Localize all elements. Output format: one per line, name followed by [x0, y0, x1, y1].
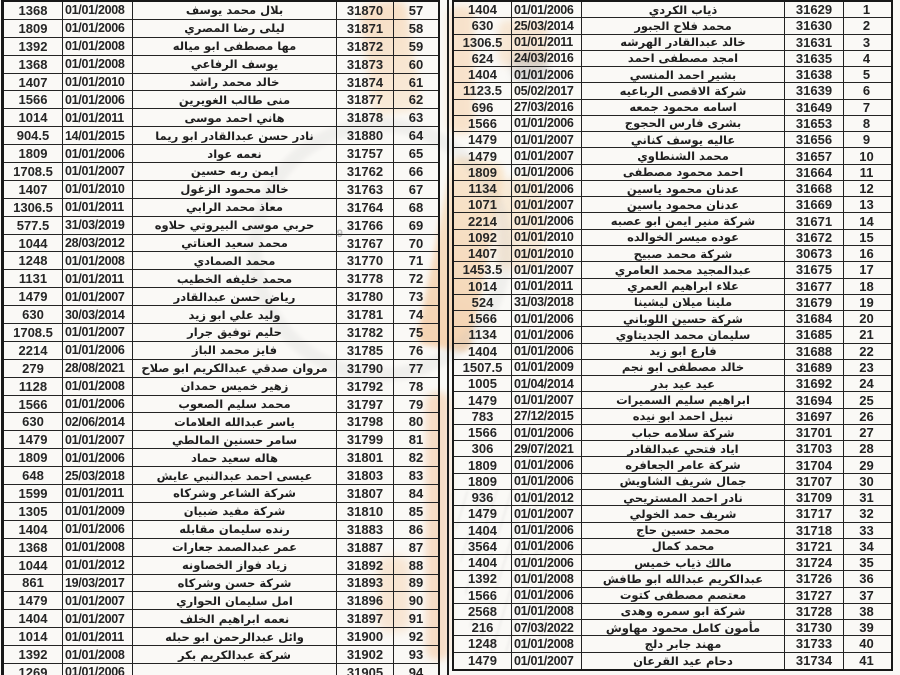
table-row: 1479 01/01/2007 رياض حسن عبدالقادر 31780…: [4, 288, 438, 306]
name-cell: بلال محمد يوسف: [133, 2, 337, 19]
row-index-cell: 18: [844, 279, 889, 294]
row-index-cell: 80: [394, 413, 438, 430]
ref-number-cell: 31635: [785, 51, 844, 66]
ref-number-cell: 31675: [785, 262, 844, 277]
row-index-cell: 71: [394, 252, 438, 269]
name-cell: عمر عبدالصمد جعارات: [133, 539, 337, 556]
row-index-cell: 83: [394, 467, 438, 484]
ref-number-cell: 31639: [785, 83, 844, 98]
table-row: 1368 01/01/2008 بلال محمد يوسف 31870 57: [4, 2, 438, 20]
date-cell: 01/01/2012: [63, 557, 133, 574]
table-row: 1479 01/01/2007 شريف حمد الخولي 31717 32: [454, 506, 891, 522]
name-cell: امل سليمان الحواري: [133, 592, 337, 609]
name-cell: منى طالب الغويرين: [133, 91, 337, 108]
row-index-cell: 6: [844, 83, 889, 98]
ref-number-cell: 31664: [785, 165, 844, 180]
amount-cell: 1392: [4, 38, 63, 55]
amount-cell: 1404: [454, 2, 512, 17]
name-cell: وائل عبدالرحمن ابو حبله: [133, 628, 337, 645]
name-cell: محمد كمال: [582, 539, 785, 554]
ref-number-cell: 31709: [785, 490, 844, 505]
amount-cell: 783: [454, 409, 512, 424]
row-index-cell: 68: [394, 199, 438, 216]
name-cell: خالد عبدالقادر الهرشه: [582, 35, 785, 50]
amount-cell: 1809: [454, 457, 512, 472]
row-index-cell: 79: [394, 396, 438, 413]
table-row: 279 28/08/2021 مروان صدقي عبدالكريم ابو …: [4, 360, 438, 378]
name-cell: عاليه يوسف كناني: [582, 132, 785, 147]
name-cell: يوسف الرفاعي: [133, 56, 337, 73]
ref-number-cell: 31872: [337, 38, 394, 55]
row-index-cell: 86: [394, 521, 438, 538]
row-index-cell: 33: [844, 523, 889, 538]
date-cell: 01/01/2006: [512, 213, 582, 228]
row-index-cell: 89: [394, 575, 438, 592]
ref-number-cell: 30673: [785, 246, 844, 261]
amount-cell: 1392: [4, 646, 63, 663]
row-index-cell: 41: [844, 653, 889, 669]
name-cell: مأمون كامل محمود مهاوش: [582, 620, 785, 635]
name-cell: بشرى فارس الحجوج: [582, 116, 785, 131]
amount-cell: 577.5: [4, 217, 63, 234]
date-cell: 01/01/2008: [63, 252, 133, 269]
date-cell: 01/01/2006: [512, 555, 582, 570]
ref-number-cell: 31726: [785, 571, 844, 586]
amount-cell: 1014: [454, 279, 512, 294]
name-cell: عيسى احمد عبدالنبي عايش: [133, 467, 337, 484]
amount-cell: 1479: [454, 392, 512, 407]
row-index-cell: 11: [844, 165, 889, 180]
date-cell: 14/01/2015: [63, 127, 133, 144]
row-index-cell: 87: [394, 539, 438, 556]
date-cell: 01/01/2006: [63, 521, 133, 538]
date-cell: 01/01/2007: [512, 506, 582, 521]
table-row: 1809 01/01/2006 ليلى رضا المصري 31871 58: [4, 20, 438, 38]
row-index-cell: 63: [394, 109, 438, 126]
date-cell: 01/01/2006: [512, 67, 582, 82]
date-cell: 01/01/2011: [63, 270, 133, 287]
ref-number-cell: 31897: [337, 610, 394, 627]
ref-number-cell: 31701: [785, 425, 844, 440]
amount-cell: 1071: [454, 197, 512, 212]
date-cell: 01/01/2006: [63, 449, 133, 466]
table-row: 1248 01/01/2008 محمد الصمادي 31770 71: [4, 252, 438, 270]
row-index-cell: 62: [394, 91, 438, 108]
amount-cell: 1407: [454, 246, 512, 261]
table-row: 2214 01/01/2006 فايز محمد الباز 31785 76: [4, 342, 438, 360]
amount-cell: 1269: [4, 664, 63, 675]
table-row: 1809 01/01/2006 جمال شريف الشاويش 31707 …: [454, 474, 891, 490]
name-cell: شركة الشاعر وشركاه: [133, 485, 337, 502]
scanned-ledger-page: - 9 1368 01/01/2008 بلال محمد يوسف 31870…: [0, 0, 900, 675]
date-cell: 07/03/2022: [512, 620, 582, 635]
amount-cell: 1368: [4, 539, 63, 556]
table-row: 696 27/03/2016 اسامه محمود جمعه 31649 7: [454, 100, 891, 116]
amount-cell: 1809: [454, 165, 512, 180]
ref-number-cell: 31792: [337, 378, 394, 395]
table-row: 1248 01/01/2008 مهند جابر دلج 31733 40: [454, 636, 891, 652]
name-cell: احمد محمود مصطفى: [582, 165, 785, 180]
name-cell: عدنان محمود ياسين: [582, 197, 785, 212]
row-index-cell: 19: [844, 295, 889, 310]
row-index-cell: 5: [844, 67, 889, 82]
table-row: 1005 01/04/2014 عيد عيد بدر 31692 24: [454, 376, 891, 392]
row-index-cell: 22: [844, 344, 889, 359]
table-row: 1708.5 01/01/2007 ايمن ربه حسين 31762 66: [4, 163, 438, 181]
date-cell: 01/01/2006: [63, 664, 133, 675]
ref-number-cell: 31703: [785, 441, 844, 456]
row-index-cell: 15: [844, 230, 889, 245]
row-index-cell: 84: [394, 485, 438, 502]
table-row: 3564 01/01/2006 محمد كمال 31721 34: [454, 539, 891, 555]
name-cell: مالك ذياب خميس: [582, 555, 785, 570]
ref-number-cell: 31799: [337, 431, 394, 448]
table-row: 1809 01/01/2006 شركة عامر الجعافره 31704…: [454, 457, 891, 473]
amount-cell: 1708.5: [4, 324, 63, 341]
date-cell: 01/01/2008: [63, 56, 133, 73]
table-row: 1368 01/01/2008 عمر عبدالصمد جعارات 3188…: [4, 539, 438, 557]
ref-number-cell: 31798: [337, 413, 394, 430]
ref-number-cell: 31684: [785, 311, 844, 326]
ref-number-cell: 31707: [785, 474, 844, 489]
amount-cell: 1479: [454, 148, 512, 163]
name-cell: ياسر عبدالله العلامات: [133, 413, 337, 430]
date-cell: 05/02/2017: [512, 83, 582, 98]
date-cell: 01/01/2010: [512, 230, 582, 245]
table-row: 1044 28/03/2012 محمد سعيد العناتي 31767 …: [4, 235, 438, 253]
table-row: 306 29/07/2021 اياد فتحي عبدالقادر 31703…: [454, 441, 891, 457]
table-row: 1123.5 05/02/2017 شركة الاقصى الرباعيه 3…: [454, 83, 891, 99]
table-row: 2568 01/01/2008 شركة ابو سمره وهدى 31728…: [454, 604, 891, 620]
name-cell: علاء ابراهيم العمري: [582, 279, 785, 294]
amount-cell: 1248: [454, 636, 512, 651]
row-index-cell: 17: [844, 262, 889, 277]
ref-number-cell: 31778: [337, 270, 394, 287]
ref-number-cell: 31762: [337, 163, 394, 180]
amount-cell: 1306.5: [454, 35, 512, 50]
ref-number-cell: 31887: [337, 539, 394, 556]
table-row: 1708.5 01/01/2007 حليم توفيق جرار 31782 …: [4, 324, 438, 342]
table-row: 1014 01/01/2011 علاء ابراهيم العمري 3167…: [454, 279, 891, 295]
table-row: 1479 01/01/2007 عاليه يوسف كناني 31656 9: [454, 132, 891, 148]
ref-number-cell: 31900: [337, 628, 394, 645]
amount-cell: 1566: [454, 588, 512, 603]
row-index-cell: 9: [844, 132, 889, 147]
row-index-cell: 61: [394, 74, 438, 91]
amount-cell: 1599: [4, 485, 63, 502]
ref-number-cell: 31649: [785, 100, 844, 115]
name-cell: شركة عبدالكريم بكر: [133, 646, 337, 663]
name-cell: محمد خليفه الخطيب: [133, 270, 337, 287]
row-index-cell: 27: [844, 425, 889, 440]
table-row: 936 01/01/2012 نادر احمد المستريحي 31709…: [454, 490, 891, 506]
date-cell: 01/01/2006: [63, 396, 133, 413]
table-row: 1479 01/01/2007 ابراهيم سليم السميرات 31…: [454, 392, 891, 408]
ref-number-cell: 31785: [337, 342, 394, 359]
ref-number-cell: 31694: [785, 392, 844, 407]
amount-cell: 3564: [454, 539, 512, 554]
amount-cell: 524: [454, 295, 512, 310]
amount-cell: 1708.5: [4, 163, 63, 180]
ref-number-cell: 31704: [785, 457, 844, 472]
amount-cell: 2214: [4, 342, 63, 359]
row-index-cell: 2: [844, 18, 889, 33]
date-cell: 01/01/2007: [512, 148, 582, 163]
row-index-cell: 23: [844, 360, 889, 375]
ref-number-cell: 31630: [785, 18, 844, 33]
row-index-cell: 65: [394, 145, 438, 162]
name-cell: زياد فواز الخصاونه: [133, 557, 337, 574]
ref-number-cell: 31734: [785, 653, 844, 669]
date-cell: 01/01/2012: [512, 490, 582, 505]
ref-number-cell: 31781: [337, 306, 394, 323]
date-cell: 01/01/2007: [512, 132, 582, 147]
table-row: 1306.5 01/01/2011 معاذ محمد الرابي 31764…: [4, 199, 438, 217]
date-cell: 01/01/2011: [63, 485, 133, 502]
name-cell: محمد الشنطاوي: [582, 148, 785, 163]
name-cell: محمد سليم الصعوب: [133, 396, 337, 413]
name-cell: حربي موسى البيروتي حلاوه: [133, 217, 337, 234]
row-index-cell: 85: [394, 503, 438, 520]
row-index-cell: 78: [394, 378, 438, 395]
amount-cell: 1131: [4, 270, 63, 287]
amount-cell: 1479: [4, 592, 63, 609]
row-index-cell: 88: [394, 557, 438, 574]
name-cell: محمد الصمادي: [133, 252, 337, 269]
date-cell: 01/01/2011: [63, 109, 133, 126]
table-row: 904.5 14/01/2015 نادر حسن عبدالقادر ابو …: [4, 127, 438, 145]
amount-cell: 279: [4, 360, 63, 377]
table-row: 1305 01/01/2009 شركة مفيد ضبيان 31810 85: [4, 503, 438, 521]
ref-number-cell: 31688: [785, 344, 844, 359]
row-index-cell: 67: [394, 181, 438, 198]
row-index-cell: 28: [844, 441, 889, 456]
ref-number-cell: 31797: [337, 396, 394, 413]
name-cell: شركة حسين اللوباني: [582, 311, 785, 326]
ref-number-cell: 31763: [337, 181, 394, 198]
table-row: 216 07/03/2022 مأمون كامل محمود مهاوش 31…: [454, 620, 891, 636]
name-cell: شركة الاقصى الرباعيه: [582, 83, 785, 98]
table-row: 1566 01/01/2006 بشرى فارس الحجوج 31653 8: [454, 116, 891, 132]
date-cell: 01/01/2006: [512, 425, 582, 440]
amount-cell: 1005: [454, 376, 512, 391]
name-cell: نعمه عواد: [133, 145, 337, 162]
amount-cell: 1305: [4, 503, 63, 520]
row-index-cell: 74: [394, 306, 438, 323]
table-row: 1407 01/01/2010 خالد محمود الزغول 31763 …: [4, 181, 438, 199]
date-cell: 01/01/2008: [63, 539, 133, 556]
row-index-cell: 12: [844, 181, 889, 196]
ref-number-cell: 31782: [337, 324, 394, 341]
table-row: 1128 01/01/2008 زهير خميس حمدان 31792 78: [4, 378, 438, 396]
date-cell: 01/01/2007: [63, 431, 133, 448]
row-index-cell: 29: [844, 457, 889, 472]
date-cell: 01/01/2011: [512, 35, 582, 50]
table-row: 1392 01/01/2008 عبدالكريم عبدالله ابو طا…: [454, 571, 891, 587]
row-index-cell: 35: [844, 555, 889, 570]
row-index-cell: 58: [394, 20, 438, 37]
table-row: 1014 01/01/2011 وائل عبدالرحمن ابو حبله …: [4, 628, 438, 646]
table-row: 1134 01/01/2006 عدنان محمود ياسين 31668 …: [454, 181, 891, 197]
name-cell: عبدالمجيد محمد العامري: [582, 262, 785, 277]
date-cell: 30/03/2014: [63, 306, 133, 323]
ref-number-cell: 31767: [337, 235, 394, 252]
row-index-cell: 34: [844, 539, 889, 554]
ref-number-cell: 31727: [785, 588, 844, 603]
name-cell: شركة منير ايمن ابو عصبه: [582, 213, 785, 228]
row-index-cell: 94: [394, 664, 438, 675]
table-row: 1404 01/01/2006 فارع ابو زيد 31688 22: [454, 344, 891, 360]
date-cell: 01/01/2006: [512, 523, 582, 538]
date-cell: 25/03/2018: [63, 467, 133, 484]
ref-number-cell: 31871: [337, 20, 394, 37]
ref-number-cell: 31669: [785, 197, 844, 212]
table-row: 861 19/03/2017 شركة حسن وشركاه 31893 89: [4, 575, 438, 593]
table-row: 1809 01/01/2006 احمد محمود مصطفى 31664 1…: [454, 165, 891, 181]
name-cell: هاني احمد موسى: [133, 109, 337, 126]
ref-number-cell: 31893: [337, 575, 394, 592]
name-cell: مهند جابر دلج: [582, 636, 785, 651]
ref-number-cell: 31896: [337, 592, 394, 609]
table-row: 1404 01/01/2006 ذياب الكردي 31629 1: [454, 2, 891, 18]
amount-cell: 306: [454, 441, 512, 456]
table-row: 1507.5 01/01/2009 خالد مصطفى ابو نجم 316…: [454, 360, 891, 376]
name-cell: ايمن ربه حسين: [133, 163, 337, 180]
table-row: 1407 01/01/2010 شركة محمد صبيح 30673 16: [454, 246, 891, 262]
date-cell: 01/01/2009: [512, 360, 582, 375]
amount-cell: 1566: [4, 91, 63, 108]
ref-number-cell: 31870: [337, 2, 394, 19]
date-cell: 01/01/2009: [63, 503, 133, 520]
ref-number-cell: 31657: [785, 148, 844, 163]
ref-number-cell: 31892: [337, 557, 394, 574]
date-cell: 27/12/2015: [512, 409, 582, 424]
row-index-cell: 8: [844, 116, 889, 131]
date-cell: 01/04/2014: [512, 376, 582, 391]
amount-cell: 1566: [454, 116, 512, 131]
name-cell: سامر حسنين المالطي: [133, 431, 337, 448]
date-cell: 01/01/2007: [512, 653, 582, 669]
amount-cell: 1453.5: [454, 262, 512, 277]
amount-cell: 1014: [4, 109, 63, 126]
name-cell: عبدالكريم عبدالله ابو طافش: [582, 571, 785, 586]
table-row: 624 24/03/2016 امجد مصطفى احمد 31635 4: [454, 51, 891, 67]
amount-cell: 2214: [454, 213, 512, 228]
date-cell: 01/01/2006: [512, 588, 582, 603]
table-row: 1479 01/01/2007 سامر حسنين المالطي 31799…: [4, 431, 438, 449]
name-cell: شركة مفيد ضبيان: [133, 503, 337, 520]
name-cell: ذياب الكردي: [582, 2, 785, 17]
table-divider-line: [447, 0, 449, 675]
row-index-cell: 66: [394, 163, 438, 180]
date-cell: 28/03/2012: [63, 235, 133, 252]
row-index-cell: 3: [844, 35, 889, 50]
table-row: 1407 01/01/2010 خالد محمد راشد 31874 61: [4, 74, 438, 92]
ref-number-cell: 31764: [337, 199, 394, 216]
row-index-cell: 91: [394, 610, 438, 627]
table-row: 2214 01/01/2006 شركة منير ايمن ابو عصبه …: [454, 213, 891, 229]
table-row: 1269 01/01/2006 31905 94: [4, 664, 438, 675]
date-cell: 01/01/2006: [512, 181, 582, 196]
name-cell: امجد مصطفى احمد: [582, 51, 785, 66]
table-row: 1479 01/01/2007 امل سليمان الحواري 31896…: [4, 592, 438, 610]
table-row: 1566 01/01/2006 محمد سليم الصعوب 31797 7…: [4, 396, 438, 414]
date-cell: 29/07/2021: [512, 441, 582, 456]
name-cell: محمد فلاح الجبور: [582, 18, 785, 33]
name-cell: بشير احمد المنسي: [582, 67, 785, 82]
row-index-cell: 38: [844, 604, 889, 619]
ref-number-cell: 31880: [337, 127, 394, 144]
name-cell: شركة ابو سمره وهدى: [582, 604, 785, 619]
date-cell: 01/01/2008: [512, 571, 582, 586]
amount-cell: 1809: [4, 20, 63, 37]
amount-cell: 1014: [4, 628, 63, 645]
amount-cell: 1479: [454, 132, 512, 147]
table-row: 1479 01/01/2007 محمد الشنطاوي 31657 10: [454, 148, 891, 164]
date-cell: 01/01/2006: [512, 457, 582, 472]
ref-number-cell: 31629: [785, 2, 844, 17]
row-index-cell: 37: [844, 588, 889, 603]
right-ledger-table: 1404 01/01/2006 ذياب الكردي 31629 1 630 …: [452, 0, 893, 671]
date-cell: 31/03/2018: [512, 295, 582, 310]
date-cell: 01/01/2008: [63, 378, 133, 395]
table-row: 1809 01/01/2006 هاله سعيد حماد 31801 82: [4, 449, 438, 467]
date-cell: 19/03/2017: [63, 575, 133, 592]
name-cell: هاله سعيد حماد: [133, 449, 337, 466]
date-cell: 02/06/2014: [63, 413, 133, 430]
amount-cell: 1368: [4, 56, 63, 73]
date-cell: 01/01/2006: [63, 20, 133, 37]
table-row: 1404 01/01/2007 نعمه ابراهيم الخلف 31897…: [4, 610, 438, 628]
name-cell: اسامه محمود جمعه: [582, 100, 785, 115]
table-row: 1566 01/01/2006 منى طالب الغويرين 31877 …: [4, 91, 438, 109]
table-row: 1453.5 01/01/2007 عبدالمجيد محمد العامري…: [454, 262, 891, 278]
ref-number-cell: 31780: [337, 288, 394, 305]
date-cell: 01/01/2007: [512, 392, 582, 407]
table-row: 1306.5 01/01/2011 خالد عبدالقادر الهرشه …: [454, 35, 891, 51]
name-cell: رياض حسن عبدالقادر: [133, 288, 337, 305]
name-cell: ابراهيم سليم السميرات: [582, 392, 785, 407]
name-cell: نادر احمد المستريحي: [582, 490, 785, 505]
ref-number-cell: 31873: [337, 56, 394, 73]
name-cell: عدنان محمود ياسين: [582, 181, 785, 196]
table-row: 1392 01/01/2008 مها مصطفى ابو مياله 3187…: [4, 38, 438, 56]
ref-number-cell: 31656: [785, 132, 844, 147]
amount-cell: 1479: [4, 288, 63, 305]
row-index-cell: 72: [394, 270, 438, 287]
amount-cell: 1404: [454, 344, 512, 359]
ref-number-cell: 31733: [785, 636, 844, 651]
amount-cell: 936: [454, 490, 512, 505]
amount-cell: 1306.5: [4, 199, 63, 216]
name-cell: شركة عامر الجعافره: [582, 457, 785, 472]
name-cell: خالد مصطفى ابو نجم: [582, 360, 785, 375]
date-cell: 01/01/2006: [512, 327, 582, 342]
table-row: 783 27/12/2015 نبيل احمد ابو نيده 31697 …: [454, 409, 891, 425]
date-cell: 01/01/2007: [512, 262, 582, 277]
table-row: 1566 01/01/2006 معتصم مصطفى كتوت 31727 3…: [454, 588, 891, 604]
amount-cell: 1134: [454, 327, 512, 342]
row-index-cell: 1: [844, 2, 889, 17]
name-cell: خالد محمد راشد: [133, 74, 337, 91]
table-row: 1479 01/01/2007 دحام عيد القرعان 31734 4…: [454, 653, 891, 669]
amount-cell: 1566: [454, 311, 512, 326]
ref-number-cell: 31757: [337, 145, 394, 162]
row-index-cell: 76: [394, 342, 438, 359]
ref-number-cell: 31770: [337, 252, 394, 269]
name-cell: رنده سليمان مقابله: [133, 521, 337, 538]
row-index-cell: 26: [844, 409, 889, 424]
